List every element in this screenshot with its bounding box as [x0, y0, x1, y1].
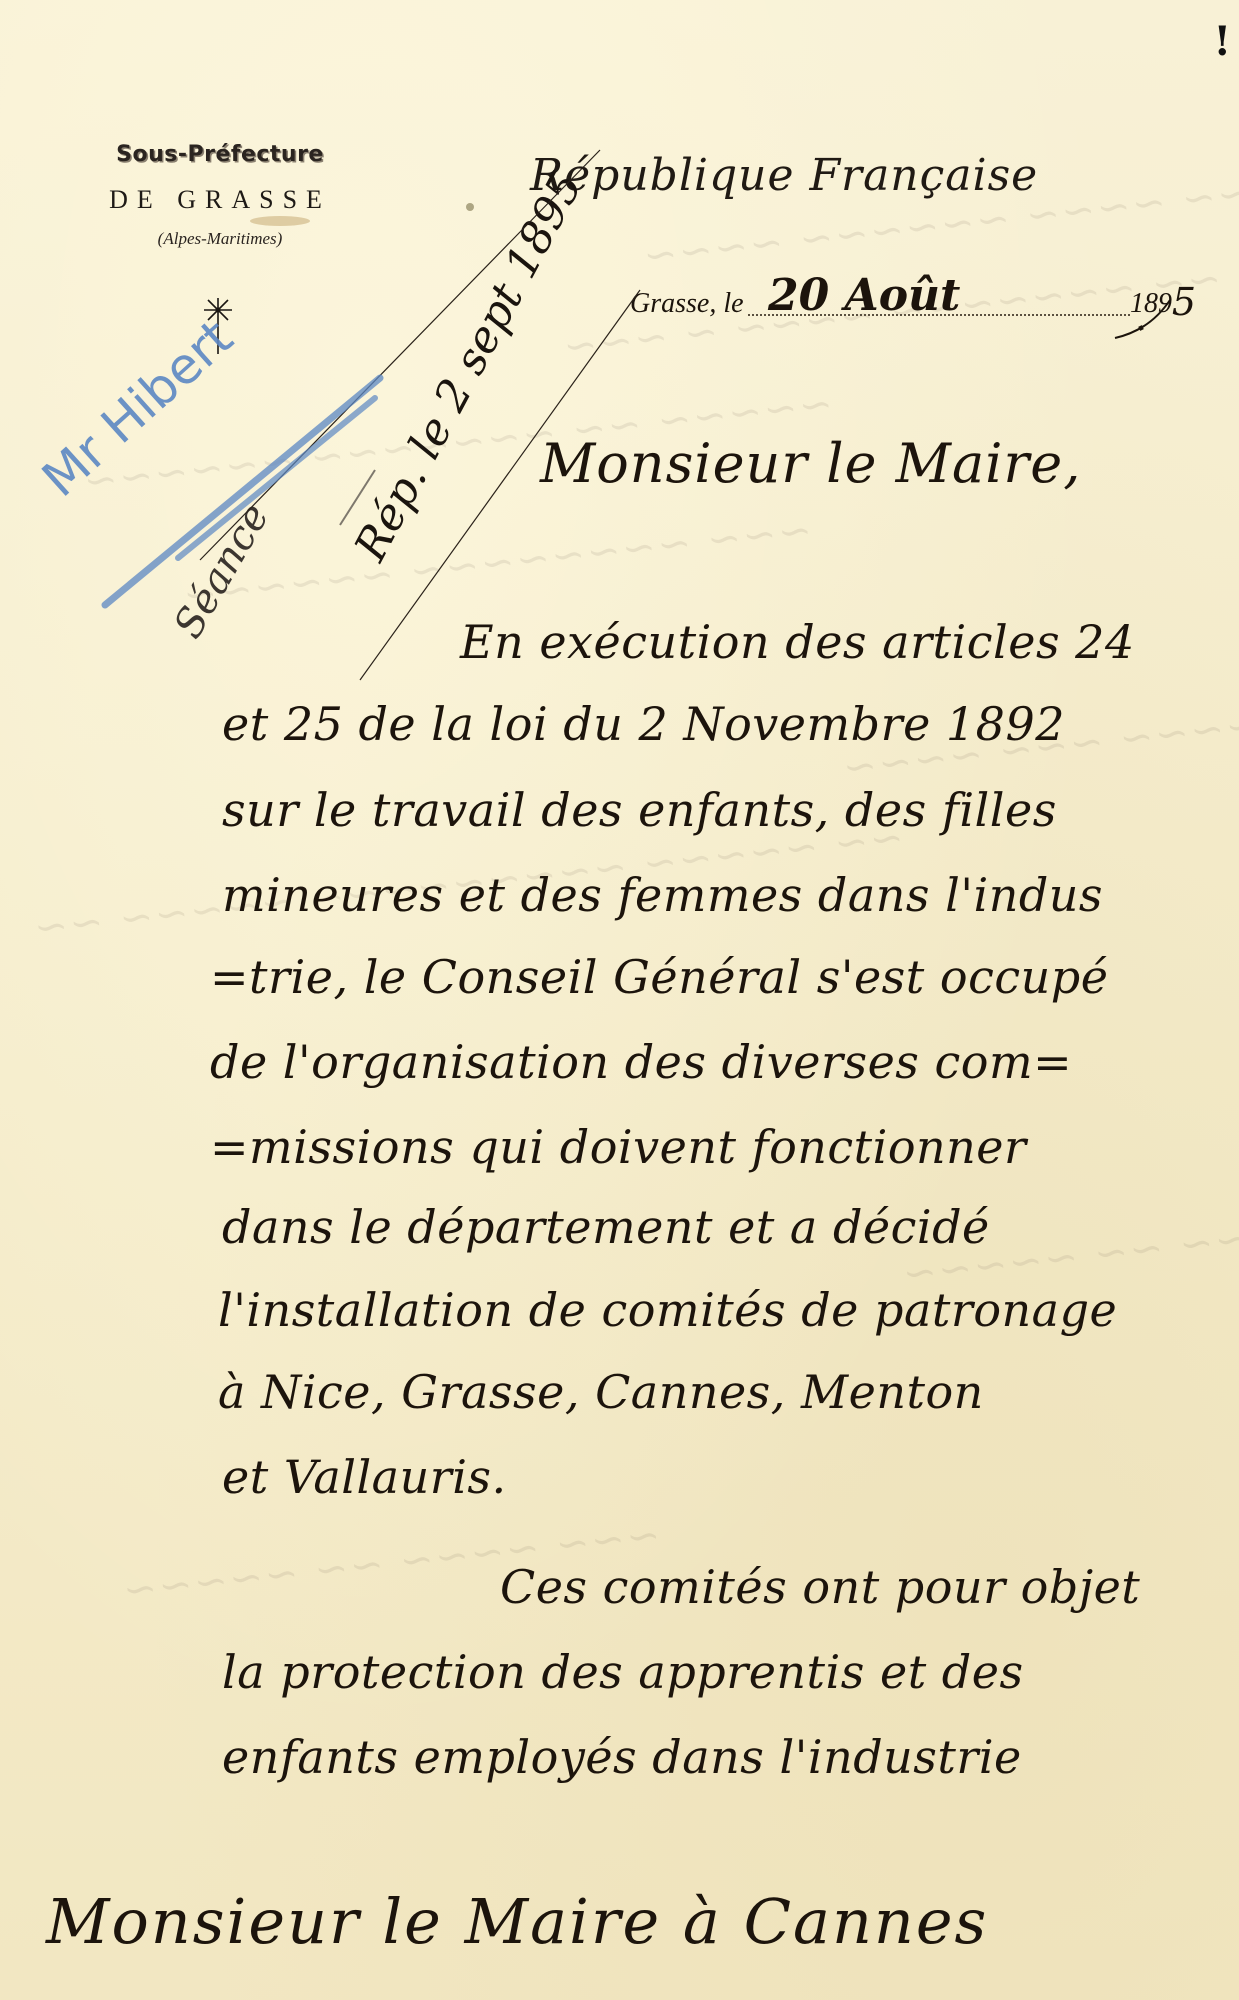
addressee: Monsieur le Maire à Cannes — [46, 1885, 988, 1958]
paper-stain — [466, 203, 474, 211]
letterhead-city: DE GRASSE — [60, 185, 380, 215]
dateline-year-prefix: 189 — [1130, 288, 1172, 320]
body-line: l'installation de comités de patronage — [218, 1283, 1117, 1337]
body-line: =missions qui doivent fonctionner — [210, 1120, 1027, 1174]
body-line: enfants employés dans l'industrie — [222, 1730, 1022, 1784]
salutation: Monsieur le Maire, — [540, 432, 1081, 495]
body-line: En exécution des articles 24 — [460, 615, 1135, 669]
body-line: Ces comités ont pour objet — [500, 1560, 1140, 1614]
dateline: Grasse, le 20 Août 189 5 — [630, 276, 1190, 326]
heading-republique: République Française — [530, 150, 1038, 201]
dateline-place: Grasse, le — [630, 288, 744, 320]
body-line: et Vallauris. — [222, 1450, 507, 1504]
body-line: et 25 de la loi du 2 Novembre 1892 — [222, 697, 1065, 751]
body-line: de l'organisation des diverses com= — [210, 1035, 1072, 1089]
body-line: la protection des apprentis et des — [222, 1645, 1024, 1699]
dateline-year-digit: 5 — [1172, 280, 1196, 324]
letterhead: Sous-Préfecture DE GRASSE (Alpes-Maritim… — [60, 142, 380, 249]
body-line: à Nice, Grasse, Cannes, Menton — [218, 1365, 984, 1419]
corner-mark: ! — [1213, 18, 1231, 65]
body-line: sur le travail des enfants, des filles — [222, 783, 1057, 837]
body-line: =trie, le Conseil Général s'est occupé — [210, 950, 1108, 1004]
body-line: mineures et des femmes dans l'indus — [222, 868, 1103, 922]
body-line: dans le département et a décidé — [222, 1200, 990, 1254]
dateline-day-month: 20 Août — [768, 270, 960, 321]
letterhead-office: Sous-Préfecture — [60, 142, 380, 167]
letterhead-department: (Alpes-Maritimes) — [60, 229, 380, 249]
